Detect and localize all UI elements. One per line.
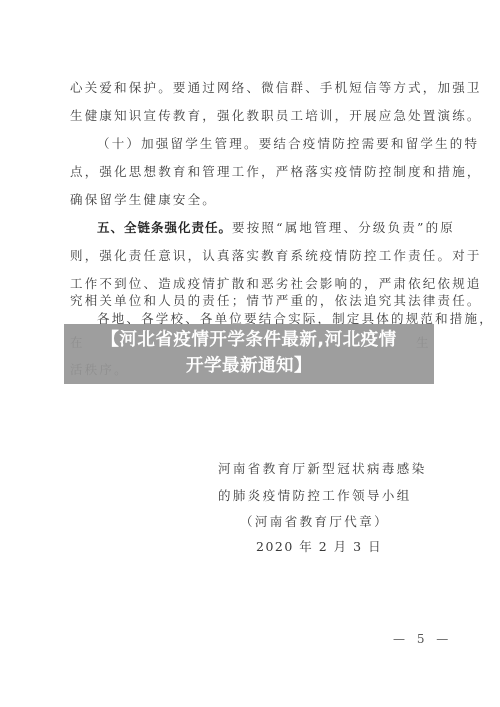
signature-line-1: 河南省教育厅新型冠状病毒感染	[218, 459, 427, 477]
banner-title-line-1: 【河北省疫情开学条件最新,河北疫情	[64, 327, 434, 353]
signature-line-2: 的肺炎疫情防控工作领导小组	[218, 486, 412, 504]
section-heading-ten: （十）加强留学生管理。要结合疫情防控需要和留学生的特	[97, 136, 479, 152]
body-text-line: 究相关单位和人员的责任；情节严重的，依法追究其法律责任。	[70, 293, 482, 309]
body-text-line: 工作不到位、造成疫情扩散和恶劣社会影响的，严肃依纪依规追	[70, 276, 482, 292]
signature-seal: （河南省教育厅代章）	[240, 512, 389, 530]
page-number: — 5 —	[393, 632, 452, 646]
banner-title-line-2: 开学最新通知】	[64, 353, 434, 379]
body-text-line: 确保留学生健康安全。	[70, 192, 217, 208]
body-text-line: 点，强化思想教育和管理工作，严格落实疫情防控制度和措施，	[70, 164, 482, 180]
body-text-line: 则，强化责任意识，认真落实教育系统疫情防控工作责任。对于	[70, 248, 482, 264]
signature-date: 2020 年 2 月 3 日	[256, 537, 382, 555]
banner-title: 【河北省疫情开学条件最新,河北疫情 开学最新通知】	[64, 327, 434, 379]
section-five-line: 五、全链条强化责任。要按照“属地管理、分级负责”的原	[97, 220, 455, 236]
body-text-span: 要按照“属地管理、分级负责”的原	[232, 220, 455, 235]
body-text-line: 心关爱和保护。要通过网络、微信群、手机短信等方式，加强卫	[70, 80, 482, 96]
section-five-heading: 五、全链条强化责任。	[97, 220, 232, 235]
body-text-line: 生健康知识宣传教育，强化教职员工培训，开展应急处置演练。	[70, 108, 482, 124]
